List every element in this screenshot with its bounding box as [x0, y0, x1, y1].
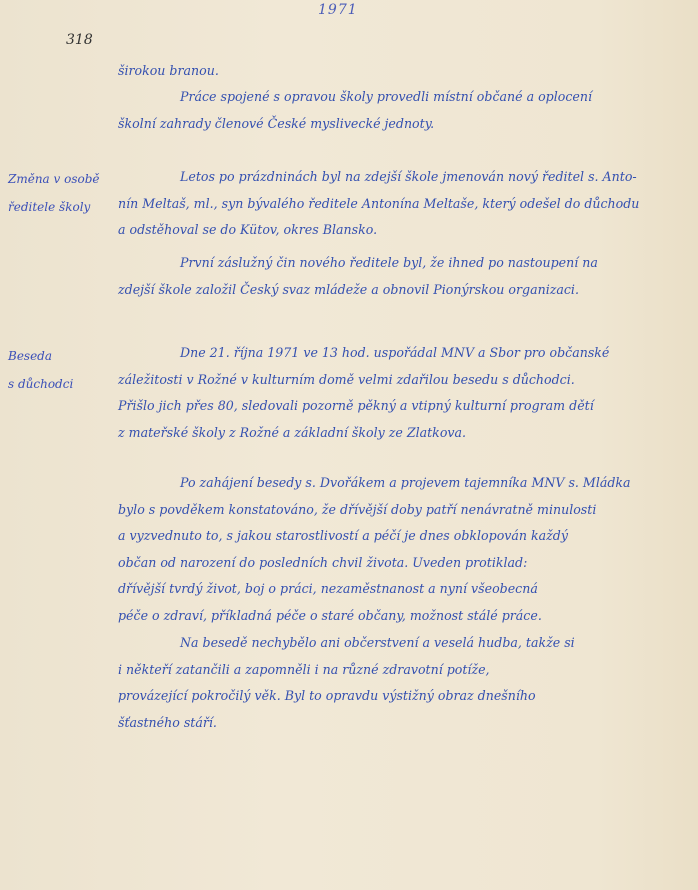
margin-note-director-change: Změna v osobě ředitele školy	[8, 165, 100, 221]
paragraph-school-repairs: Práce spojené s opravou školy provedli m…	[118, 84, 678, 137]
text-line: První záslužný čin nového ředitele byl, …	[118, 250, 678, 277]
text-line: Přišlo jich přes 80, sledovali pozorně p…	[118, 393, 678, 420]
paragraph-broad-gate: širokou branou.	[118, 58, 678, 85]
paragraph-youth-union: První záslužný čin nového ředitele byl, …	[118, 250, 678, 303]
text-line: širokou branou.	[118, 58, 678, 85]
paragraph-meeting-speeches: Po zahájení besedy s. Dvořákem a projeve…	[118, 470, 678, 629]
margin-note-line: s důchodci	[8, 370, 73, 398]
text-line: školní zahrady členové České myslivecké …	[118, 111, 678, 138]
text-line: bylo s povděkem konstatováno, že dřívějš…	[118, 497, 678, 524]
paragraph-refreshments: Na besedě nechybělo ani občerstvení a ve…	[118, 630, 678, 736]
text-line: a odstěhoval se do Kütov, okres Blansko.	[118, 217, 678, 244]
text-line: zdejší škole založil Český svaz mládeže …	[118, 277, 678, 304]
text-line: nín Meltaš, ml., syn bývalého ředitele A…	[118, 191, 678, 218]
text-line: Práce spojené s opravou školy provedli m…	[118, 84, 678, 111]
text-line: péče o zdraví, příkladná péče o staré ob…	[118, 603, 678, 630]
text-line: a vyzvednuto to, s jakou starostlivostí …	[118, 523, 678, 550]
text-line: i někteří zatančili a zapomněli i na růz…	[118, 657, 678, 684]
text-line: šťastného stáří.	[118, 710, 678, 737]
margin-note-seniors-meeting: Beseda s důchodci	[8, 342, 73, 398]
text-line: Na besedě nechybělo ani občerstvení a ve…	[118, 630, 678, 657]
margin-note-line: Beseda	[8, 342, 73, 370]
year-heading: 1971	[318, 2, 358, 18]
text-line: Dne 21. října 1971 ve 13 hod. uspořádal …	[118, 340, 678, 367]
paragraph-seniors-meeting: Dne 21. října 1971 ve 13 hod. uspořádal …	[118, 340, 678, 446]
text-line: Po zahájení besedy s. Dvořákem a projeve…	[118, 470, 678, 497]
text-line: záležitosti v Rožné v kulturním domě vel…	[118, 367, 678, 394]
text-line: provázející pokročilý věk. Byl to opravd…	[118, 683, 678, 710]
text-line: občan od narození do posledních chvil ži…	[118, 550, 678, 577]
chronicle-page: 1971 318 Změna v osobě ředitele školy Be…	[0, 0, 698, 890]
paragraph-new-director: Letos po prázdninách byl na zdejší škole…	[118, 164, 678, 244]
page-number: 318	[66, 32, 93, 48]
text-line: Letos po prázdninách byl na zdejší škole…	[118, 164, 678, 191]
margin-note-line: ředitele školy	[8, 193, 100, 221]
text-line: dřívější tvrdý život, boj o práci, nezam…	[118, 576, 678, 603]
text-line: z mateřské školy z Rožné a základní škol…	[118, 420, 678, 447]
margin-note-line: Změna v osobě	[8, 165, 100, 193]
